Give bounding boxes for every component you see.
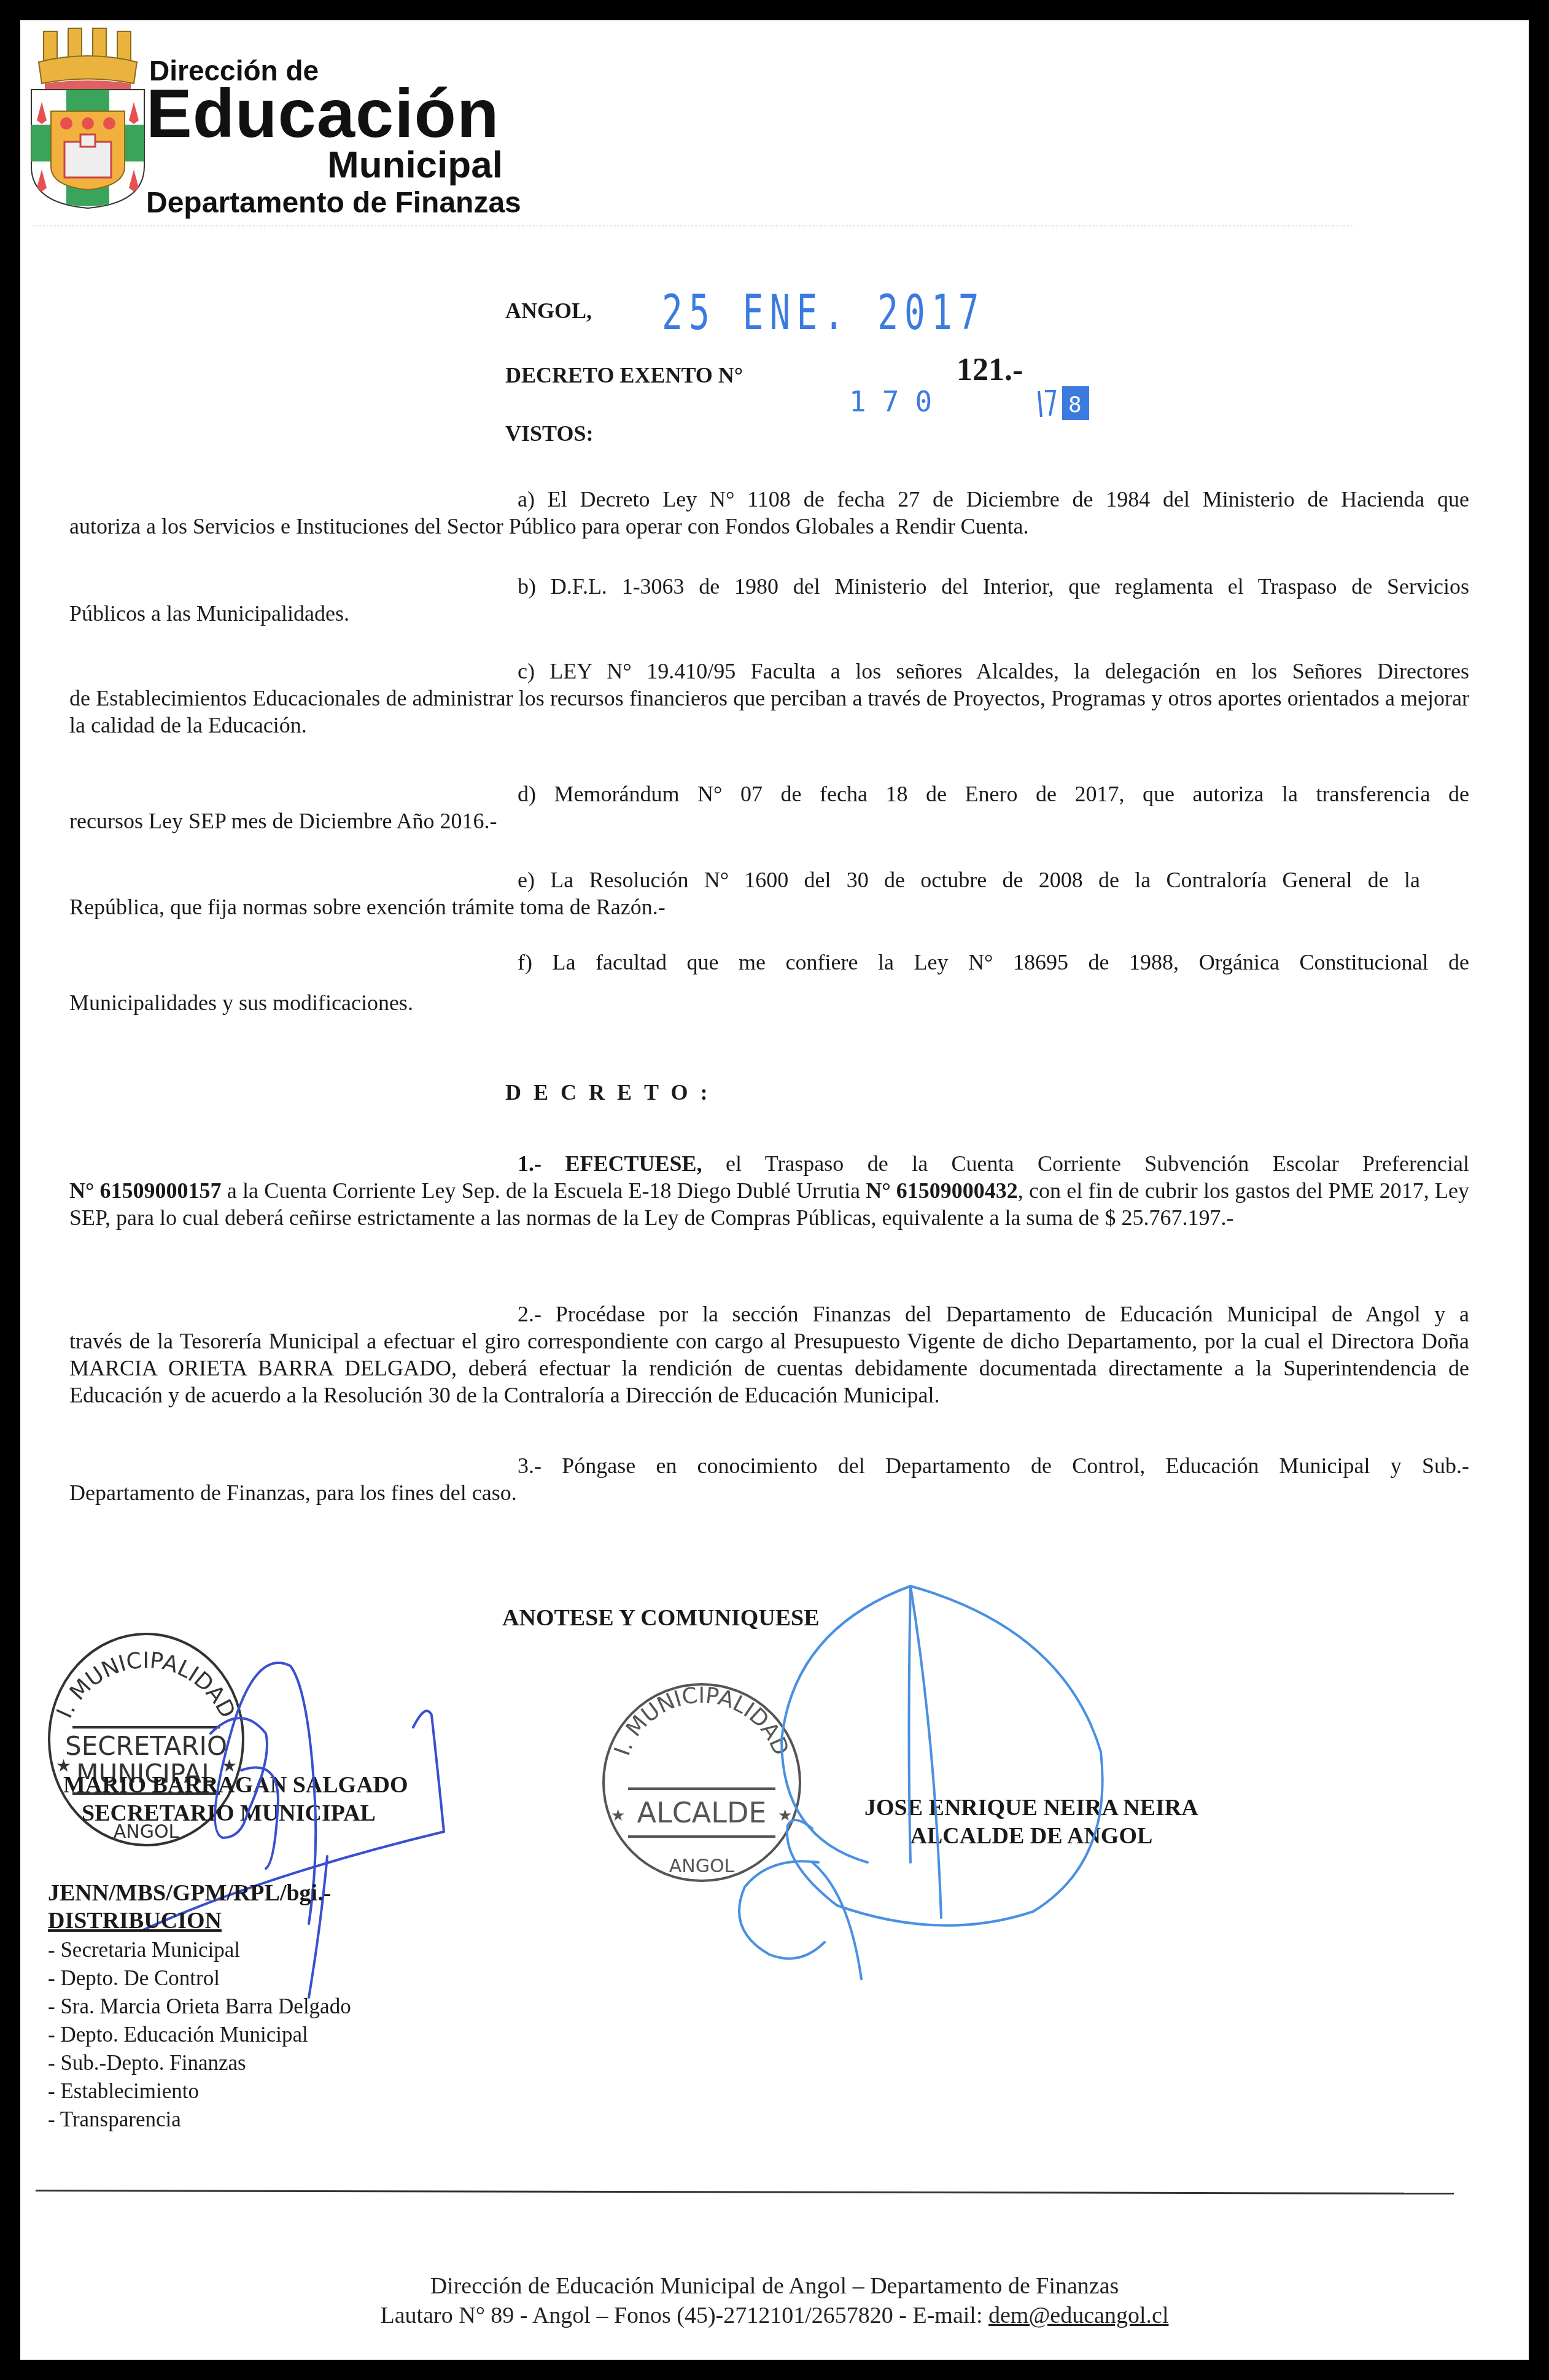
initials-reference: JENN/MBS/GPM/RPL/bgi.- [48, 1880, 331, 1907]
vistos-item-e: e) La Resolución N° 1600 del 30 de octub… [69, 866, 1420, 920]
svg-text:ANGOL: ANGOL [669, 1856, 735, 1877]
registry-stamp-mark: 8 [1036, 386, 1092, 420]
vistos-label: VISTOS: [505, 421, 593, 446]
svg-text:ALCALDE: ALCALDE [637, 1796, 767, 1829]
vistos-item-f: f) La facultad que me confiere la Ley N°… [69, 949, 1469, 1016]
place-label: ANGOL, [505, 298, 592, 324]
footer-divider [36, 2190, 1454, 2195]
article-1: 1.- EFECTUESE, el Traspaso de la Cuenta … [69, 1150, 1469, 1231]
vistos-item-b: b) D.F.L. 1-3063 de 1980 del Ministerio … [69, 573, 1469, 627]
distribution-list: - Secretaria Municipal - Depto. De Contr… [48, 1936, 351, 2134]
source-account-number: N° 61509000157 [69, 1178, 222, 1203]
footer-organization: Dirección de Educación Municipal de Ango… [20, 2273, 1529, 2300]
svg-text:★: ★ [611, 1806, 625, 1824]
distribution-item: - Depto. De Control [48, 1964, 351, 1993]
date-stamp: 25 ENE. 2017 [662, 286, 985, 341]
vistos-item-a: a) El Decreto Ley N° 1108 de fecha 27 de… [69, 486, 1469, 540]
svg-text:★: ★ [778, 1806, 792, 1824]
header-line-departamento: Departamento de Finanzas [146, 186, 521, 220]
svg-text:8: 8 [1068, 392, 1082, 418]
distribution-item: - Secretaria Municipal [48, 1936, 351, 1964]
target-account-number: N° 61509000432 [866, 1178, 1018, 1203]
municipal-crest-logo [26, 25, 149, 209]
header-line-educacion: Educación [146, 76, 499, 151]
vistos-item-d: d) Memorándum N° 07 de fecha 18 de Enero… [69, 780, 1469, 834]
distribution-item: - Transparencia [48, 2106, 351, 2134]
svg-text:I. MUNICIPALIDAD: I. MUNICIPALIDAD [52, 1648, 240, 1722]
distribution-item: - Sra. Marcia Orieta Barra Delgado [48, 1993, 351, 2021]
mayor-name: JOSE ENRIQUE NEIRA NEIRA [864, 1794, 1198, 1822]
footer-contact: Lautaro N° 89 - Angol – Fonos (45)-27121… [20, 2302, 1529, 2329]
number-stamp: 170 [849, 385, 948, 418]
vistos-item-c: c) LEY N° 19.410/95 Faculta a los señore… [69, 658, 1469, 739]
footer-email-link[interactable]: dem@educangol.cl [988, 2303, 1169, 2328]
decree-number: 121.- [957, 352, 1023, 388]
document-page: Dirección de Educación Municipal Departa… [20, 20, 1529, 2360]
decree-label: DECRETO EXENTO N° [505, 362, 743, 388]
distribution-item: - Establecimiento [48, 2077, 351, 2106]
header-divider [33, 225, 1353, 227]
secretary-title: SECRETARIO MUNICIPAL [63, 1799, 408, 1827]
secretary-signature-block: MARIO BARRAGAN SALGADO SECRETARIO MUNICI… [63, 1771, 408, 1827]
mayor-title: ALCALDE DE ANGOL [864, 1822, 1198, 1850]
distribution-item: - Depto. Educación Municipal [48, 2021, 351, 2049]
secretary-name: MARIO BARRAGAN SALGADO [63, 1771, 408, 1799]
closing-formula: ANOTESE Y COMUNIQUESE [502, 1604, 820, 1631]
mayor-signature-block: JOSE ENRIQUE NEIRA NEIRA ALCALDE DE ANGO… [864, 1794, 1198, 1850]
decreto-heading: DECRETO: [505, 1079, 720, 1105]
distribution-title: DISTRIBUCION [48, 1907, 222, 1934]
svg-text:I. MUNICIPALIDAD: I. MUNICIPALIDAD [610, 1683, 794, 1759]
distribution-item: - Sub.-Depto. Finanzas [48, 2049, 351, 2077]
svg-text:SECRETARIO: SECRETARIO [65, 1731, 227, 1761]
header-line-municipal: Municipal [327, 143, 503, 187]
article-3: 3.- Póngase en conocimiento del Departam… [69, 1452, 1469, 1506]
article-2: 2.- Procédase por la sección Finanzas de… [69, 1301, 1469, 1409]
mayor-rubber-stamp: I. MUNICIPALIDAD ALCALDE ★★ ANGOL [597, 1678, 806, 1887]
